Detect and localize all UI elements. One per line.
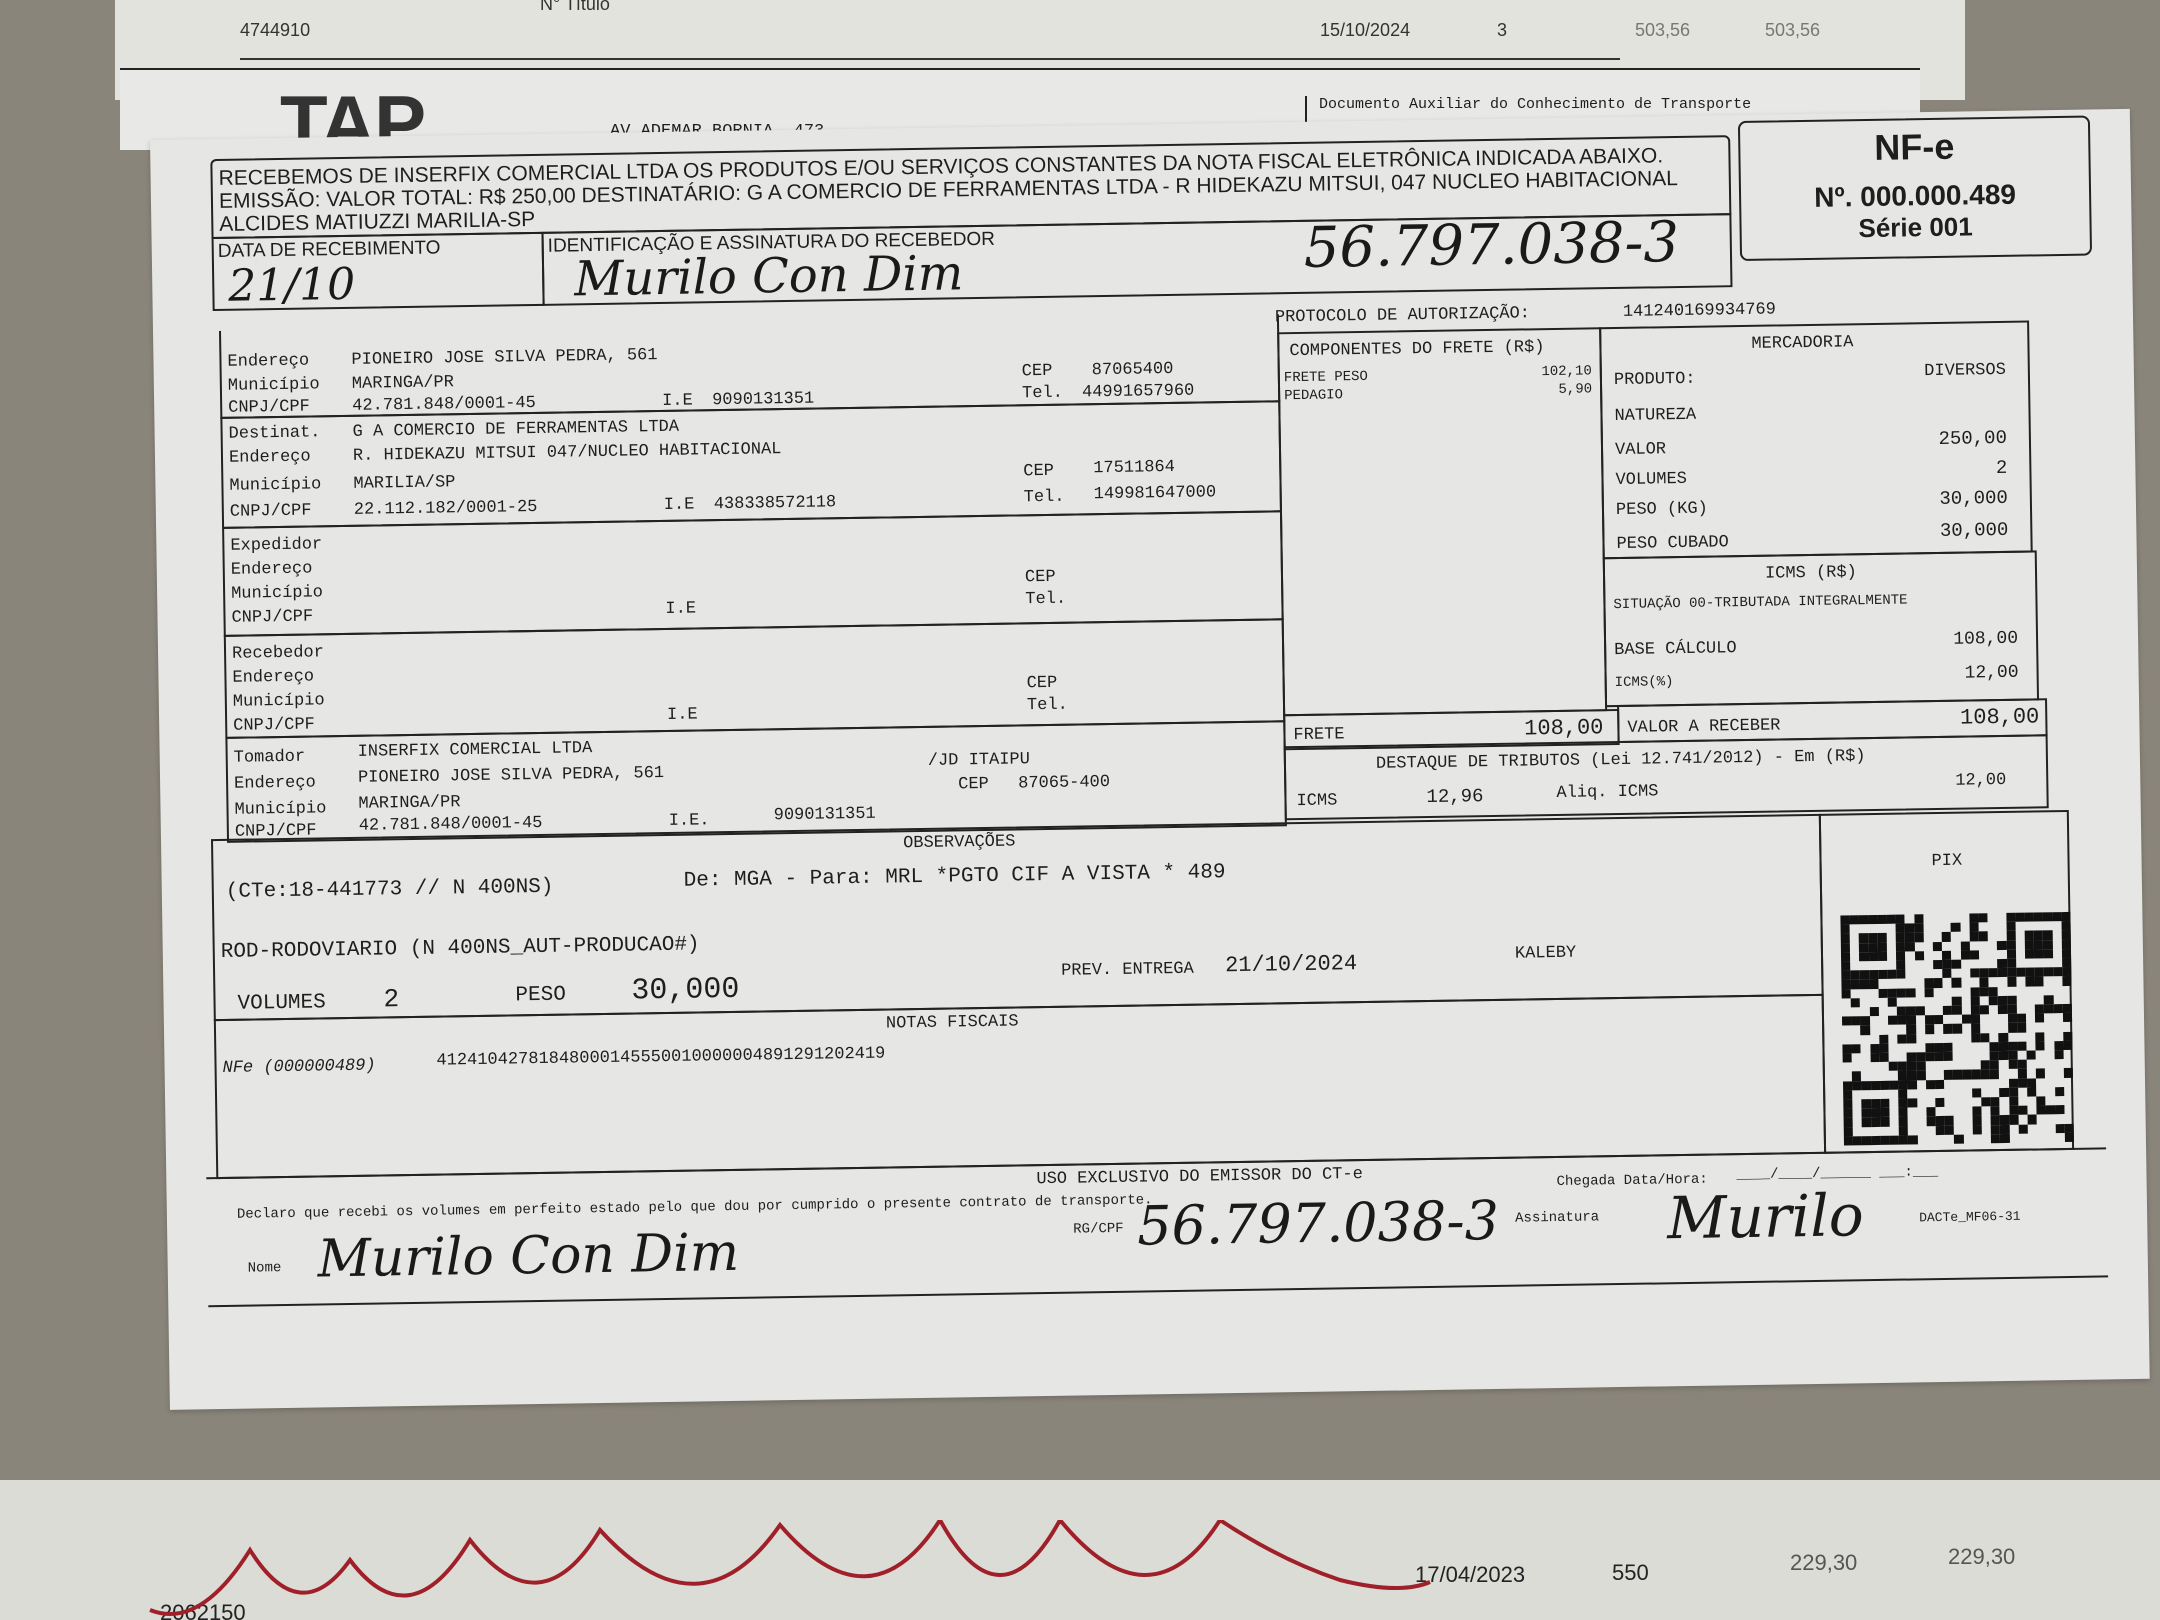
dias-value: 3 <box>1497 20 1507 41</box>
valor-receber-label: VALOR A RECEBER <box>1627 716 1780 737</box>
expedidor-municipio-label: Município <box>231 583 323 603</box>
destinatario-cep-label: CEP <box>1023 462 1054 481</box>
icms-aliq-value: 12,00 <box>1964 663 2018 684</box>
tomador-municipio-label: Município <box>234 799 326 819</box>
nome-signature[interactable]: Murilo Con Dim <box>317 1223 739 1290</box>
produto-label: PRODUTO: <box>1614 370 1696 390</box>
nfe-chave: 4124104278184800014555001000000489129120… <box>436 1045 885 1071</box>
tributos-block: DESTAQUE DE TRIBUTOS (Lei 12.741/2012) -… <box>1284 734 2049 820</box>
destinatario-municipio: MARILIA/SP <box>353 473 455 494</box>
recebedor-municipio-label: Município <box>233 691 325 711</box>
valor-value: 250,00 <box>1938 427 2007 450</box>
destinatario-ie-label: I.E <box>664 495 695 514</box>
tomador-municipio: MARINGA/PR <box>358 793 460 814</box>
peso-cubado-value: 30,000 <box>1940 519 2009 542</box>
rg-cpf-handwritten[interactable]: 56.797.038-3 <box>1137 1189 1500 1258</box>
recebedor-ie-label: I.E <box>667 705 698 724</box>
notas-fiscais-title: NOTAS FISCAIS <box>886 1012 1019 1033</box>
valor-label: VALOR <box>1615 440 1666 460</box>
prev-entrega-date: 21/10/2024 <box>1225 951 1357 978</box>
tomador-label: Tomador <box>234 748 306 768</box>
expedidor-tel-label: Tel. <box>1025 590 1066 610</box>
obs-modal: ROD-RODOVIARIO (N 400NS_AUT-PRODUCAO#) <box>221 933 700 964</box>
protocolo-label: PROTOCOLO DE AUTORIZAÇÃO: <box>1275 304 1530 327</box>
saldo-value: 503,56 <box>1765 20 1820 41</box>
expedidor-ie-label: I.E <box>665 599 696 618</box>
nfe-number-box: NF-e Nº. 000.000.489 Série 001 <box>1738 116 2092 262</box>
prev-entrega-label: PREV. ENTREGA <box>1061 960 1194 981</box>
volumes-label: VOLUMES <box>1615 470 1687 490</box>
expedidor-block: Expedidor Endereço Município CNPJ/CPF I.… <box>222 510 1284 637</box>
titulo-number: 4744910 <box>240 20 310 41</box>
tributos-aliq-label: Aliq. ICMS <box>1556 782 1658 803</box>
observacoes-block: OBSERVAÇÕES (CTe:18-441773 // N 400NS) D… <box>211 814 1824 1021</box>
destinatario-municipio-label: Município <box>229 475 321 495</box>
icms-aliq-label: ICMS(%) <box>1615 674 1674 691</box>
tomador-endereco-label: Endereço <box>234 773 316 793</box>
destinatario-cep: 17511864 <box>1093 458 1175 478</box>
mercadoria-title: MERCADORIA <box>1751 333 1853 354</box>
destinatario-cnpj: 22.112.182/0001-25 <box>354 498 538 520</box>
frete-total: 108,00 <box>1524 715 1604 741</box>
obs-volumes-label: VOLUMES <box>237 991 326 1015</box>
valor-value: 503,56 <box>1635 20 1690 41</box>
background-sheet-bottom: 2062150 17/04/2023 550 229,30 229,30 <box>0 1480 2160 1620</box>
tomador-bairro: /JD ITAIPU <box>928 750 1030 771</box>
destinatario-label: Destinat. <box>228 423 320 443</box>
protocolo-value: 141240169934769 <box>1623 300 1776 321</box>
vencimento-date: 15/10/2024 <box>1320 20 1410 41</box>
frete-peso-label: FRETE PESO <box>1284 369 1368 386</box>
destinatario-block: Destinat. G A COMERCIO DE FERRAMENTAS LT… <box>220 400 1282 529</box>
remetente-cep: 87065400 <box>1092 360 1174 380</box>
natureza-label: NATUREZA <box>1614 406 1696 426</box>
destinatario-ie: 438338572118 <box>714 493 837 514</box>
nfe-ref-label: NFe (000000489) <box>222 1057 375 1078</box>
rg-cpf-label: RG/CPF <box>1073 1221 1124 1238</box>
observacoes-title: OBSERVAÇÕES <box>903 832 1016 853</box>
icms-title: ICMS (R$) <box>1765 563 1857 583</box>
remetente-municipio-label: Município <box>228 375 320 395</box>
recebedor-block: Recebedor Endereço Município CNPJ/CPF I.… <box>224 618 1286 739</box>
pedagio-label: PEDAGIO <box>1284 387 1343 404</box>
recebedor-tel-label: Tel. <box>1027 696 1068 716</box>
destinatario-name: G A COMERCIO DE FERRAMENTAS LTDA <box>352 418 679 442</box>
remetente-ie-label: I.E <box>662 392 693 411</box>
tributos-icms-value: 12,96 <box>1426 785 1483 808</box>
icms-situacao: SITUAÇÃO 00-TRIBUTADA INTEGRALMENTE <box>1613 592 1907 613</box>
expedidor-endereco-label: Endereço <box>231 560 313 580</box>
peso-cubado-label: PESO CUBADO <box>1616 533 1729 554</box>
remetente-tel: 44991657960 <box>1082 382 1195 403</box>
frete-label: FRETE <box>1293 725 1344 745</box>
pix-label: PIX <box>1931 852 1962 871</box>
base-calculo-value: 108,00 <box>1953 629 2018 650</box>
tomador-name: INSERFIX COMERCIAL LTDA <box>357 739 592 762</box>
tomador-cep: 87065-400 <box>1018 773 1110 793</box>
remetente-cep-label: CEP <box>1022 362 1053 381</box>
assinatura-signature[interactable]: Murilo <box>1667 1181 1865 1252</box>
remetente-municipio: MARINGA/PR <box>352 373 454 394</box>
obs-volumes-value: 2 <box>383 984 399 1014</box>
icms-block: ICMS (R$) SITUAÇÃO 00-TRIBUTADA INTEGRAL… <box>1603 550 2039 707</box>
form-code: DACTe_MF06-31 <box>1919 1209 2021 1226</box>
obs-peso-value: 30,000 <box>631 973 740 1009</box>
tomador-ie: 9090131351 <box>774 805 876 826</box>
obs-route: De: MGA - Para: MRL *PGTO CIF A VISTA * … <box>684 861 1226 893</box>
nfe-title: NF-e <box>1740 124 2089 171</box>
expedidor-cep-label: CEP <box>1025 568 1056 587</box>
dacte-document: RECEBEMOS DE INSERFIX COMERCIAL LTDA OS … <box>150 109 2150 1410</box>
divider <box>240 58 1620 60</box>
nome-label: Nome <box>248 1260 282 1277</box>
mercadoria-block: MERCADORIA PRODUTO: DIVERSOS NATUREZA VA… <box>1599 321 2033 560</box>
motorista-name: KALEBY <box>1515 944 1577 964</box>
destinatario-tel: 149981647000 <box>1094 483 1217 504</box>
tributos-aliq-value: 12,00 <box>1955 771 2006 791</box>
recebedor-label: Recebedor <box>232 643 324 663</box>
pix-block: PIX <box>1819 810 2074 1154</box>
titulo-header: N° Título <box>540 0 610 15</box>
uso-exclusivo-title: USO EXCLUSIVO DO EMISSOR DO CT-e <box>1036 1165 1363 1189</box>
frete-peso-value: 102,10 <box>1541 363 1592 380</box>
data-recebimento-field[interactable]: DATA DE RECEBIMENTO 21/10 <box>212 232 545 311</box>
destinatario-endereco-label: Endereço <box>229 448 311 468</box>
destinatario-endereco: R. HIDEKAZU MITSUI 047/NUCLEO HABITACION… <box>353 440 782 466</box>
valor-receber-value: 108,00 <box>1960 704 2040 730</box>
data-recebimento-handwritten: 21/10 <box>228 259 356 312</box>
nfe-serie: Série 001 <box>1741 210 2089 246</box>
assinatura-label: Assinatura <box>1515 1209 1599 1226</box>
tributos-title: DESTAQUE DE TRIBUTOS (Lei 12.741/2012) -… <box>1376 747 1866 774</box>
notas-fiscais-block: NOTAS FISCAIS NFe (000000489) 4124104278… <box>214 994 1826 1179</box>
produto-value: DIVERSOS <box>1924 361 2006 381</box>
tributos-icms-label: ICMS <box>1296 791 1337 811</box>
tomador-endereco: PIONEIRO JOSE SILVA PEDRA, 561 <box>358 764 664 788</box>
peso-label: PESO (KG) <box>1616 500 1708 520</box>
obs-cte: (CTe:18-441773 // N 400NS) <box>226 876 554 904</box>
remetente-endereco: PIONEIRO JOSE SILVA PEDRA, 561 <box>351 346 657 370</box>
tomador-cnpj: 42.781.848/0001-45 <box>359 814 543 836</box>
componentes-frete-block: COMPONENTES DO FRETE (R$) FRETE PESO 102… <box>1277 327 1607 716</box>
recebedor-cnpj-label: CNPJ/CPF <box>233 715 315 735</box>
remetente-tel-label: Tel. <box>1022 384 1063 404</box>
declaracao-text: Declaro que recebi os volumes em perfeit… <box>237 1192 1153 1222</box>
chegada-field[interactable]: ____/____/______ ___:___ <box>1736 1164 1938 1183</box>
volumes-value: 2 <box>1996 457 2008 479</box>
recebedor-rg-handwritten: 56.797.038-3 <box>1303 210 1679 281</box>
expedidor-label: Expedidor <box>230 535 322 555</box>
componentes-frete-title: COMPONENTES DO FRETE (R$) <box>1289 338 1544 361</box>
base-calculo-label: BASE CÁLCULO <box>1614 639 1737 660</box>
obs-peso-label: PESO <box>515 984 566 1008</box>
recebedor-cep-label: CEP <box>1027 674 1058 693</box>
expedidor-cnpj-label: CNPJ/CPF <box>231 607 313 627</box>
remetente-endereco-label: Endereço <box>227 352 309 372</box>
destinatario-cnpj-label: CNPJ/CPF <box>230 502 312 522</box>
pix-qr-code-icon[interactable] <box>1840 912 2074 1146</box>
recebedor-endereco-label: Endereço <box>232 667 314 687</box>
peso-value: 30,000 <box>1939 487 2008 510</box>
tomador-ie-label: I.E. <box>669 811 710 831</box>
pedagio-value: 5,90 <box>1558 381 1592 398</box>
tomador-cep-label: CEP <box>958 775 989 794</box>
red-pen-scribble <box>140 1520 2040 1620</box>
destinatario-tel-label: Tel. <box>1024 488 1065 508</box>
recebedor-signature: Murilo Con Dim <box>574 245 964 307</box>
